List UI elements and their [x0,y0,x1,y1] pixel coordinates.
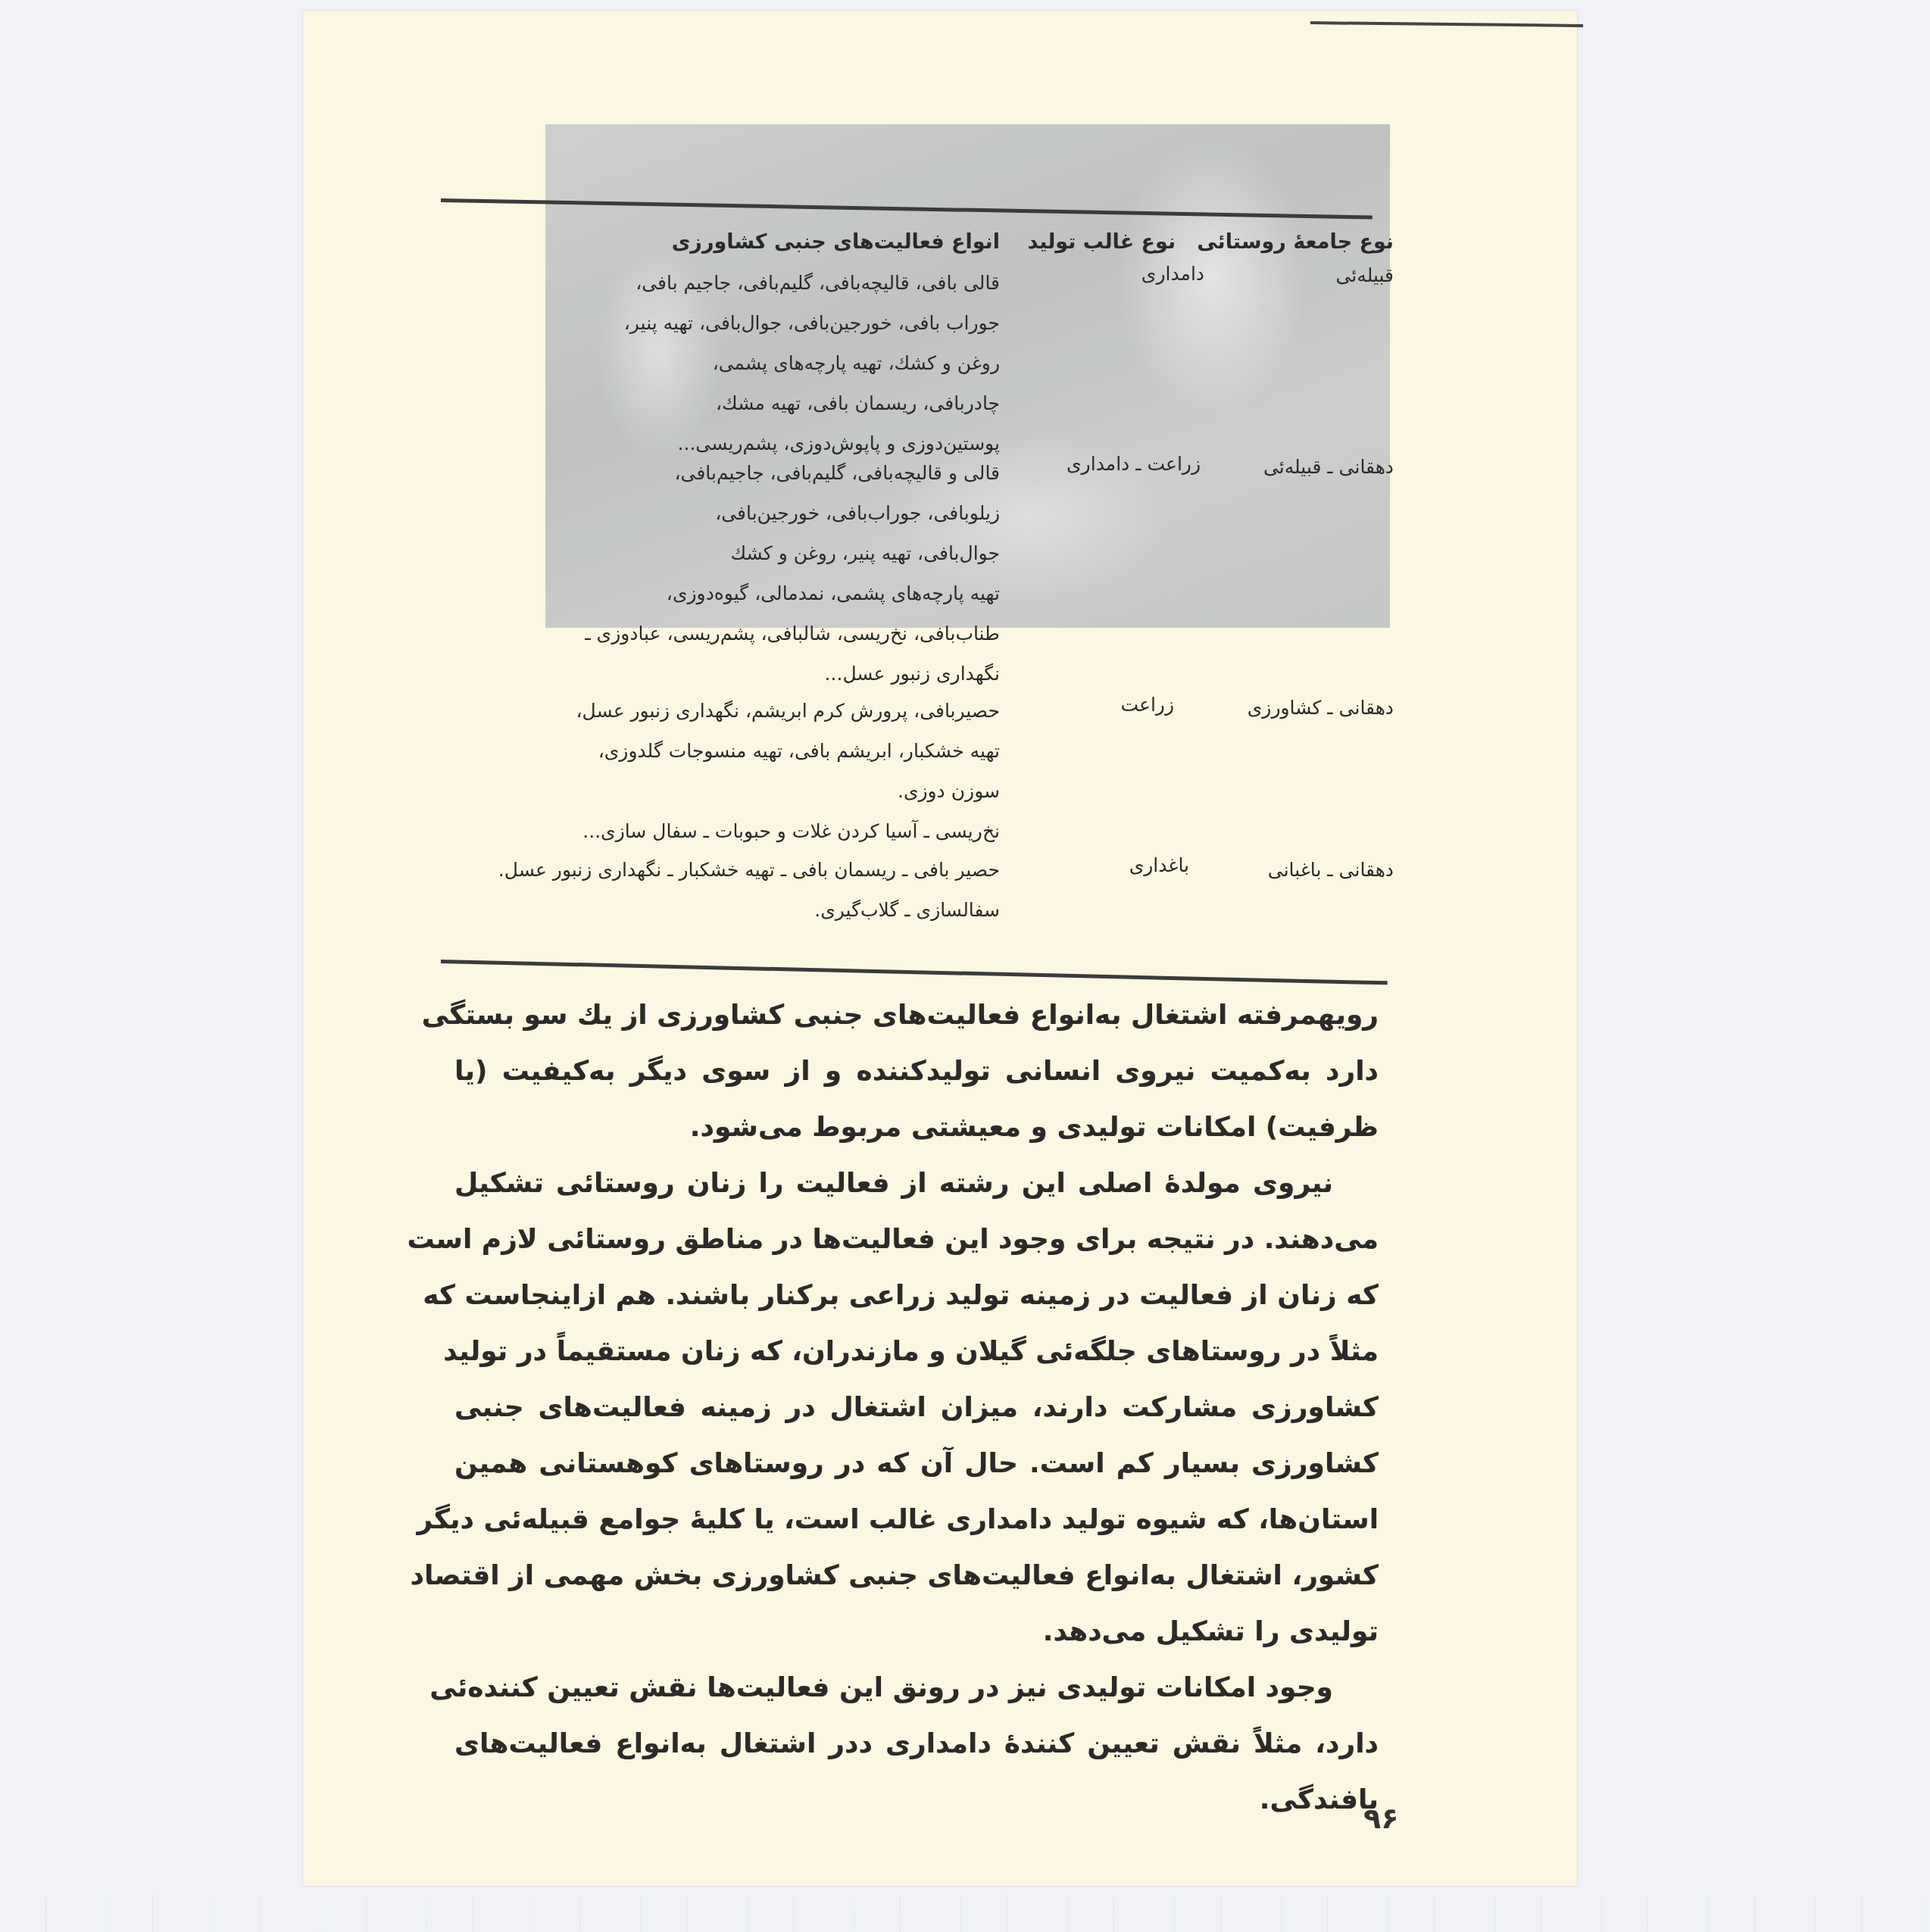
body-text: رویهمرفته اشتغال به‌انواع فعالیت‌های جنب… [454,988,1379,1828]
text-line: نیروی مولدهٔ اصلی این رشته از فعالیت را … [454,1156,1379,1212]
table-bottom-rule [441,960,1388,985]
activity-line: قالی بافی، قالیچه‌بافی، گلیم‌بافی، جاجیم… [409,263,1000,303]
text-line: رویهمرفته اشتغال به‌انواع فعالیت‌های جنب… [454,988,1379,1044]
text-line: کشور، اشتغال به‌انواع فعالیت‌های جنبی کش… [454,1548,1379,1604]
community-type-cell: دهقانی ـ قبیله‌ئی [1263,456,1394,478]
activity-line: جوراب بافی، خورجین‌بافی، جوال‌بافی، تهیه… [409,303,1000,343]
text-line: کشاورزی مشارکت دارند، میزان اشتغال در زم… [454,1380,1379,1436]
activity-line: روغن و کشك، تهیه پارچه‌های پشمی، [409,343,1000,383]
text-line: تولیدی را تشکیل می‌دهد. [454,1604,1379,1660]
activity-line: حصیربافی، پرورش کرم ابریشم، نگهداری زنبو… [409,691,1000,731]
activities-cell: حصیربافی، پرورش کرم ابریشم، نگهداری زنبو… [409,691,1000,851]
header-community-type: نوع جامعهٔ روستائی [1197,230,1394,254]
text-line: که زنان از فعالیت در زمینه تولید زراعی ب… [454,1268,1379,1324]
text-line: می‌دهند. در نتیجه برای وجود این فعالیت‌ه… [454,1212,1379,1268]
book-page: نوع جامعهٔ روستائی نوع غالب تولید انواع … [303,11,1577,1886]
production-type-cell: باغداری [1129,854,1189,876]
text-line: دارد، مثلاً نقش تعیین کنندهٔ دامداری ددر… [454,1716,1379,1772]
activities-cell: قالی و قالیچه‌بافی، گلیم‌بافی، جاجیم‌باف… [409,453,1000,694]
production-type-cell: زراعت [1120,694,1174,716]
table-row: دهقانی ـ قبیله‌ئی زراعت ـ دامداری قالی و… [409,453,1394,695]
text-line: کشاورزی بسیار کم است. حال آن که در روستا… [454,1436,1379,1492]
activities-cell: قالی بافی، قالیچه‌بافی، گلیم‌بافی، جاجیم… [409,263,1000,463]
activity-line: زیلوبافی، جوراب‌بافی، خورجین‌بافی، [409,493,1000,533]
text-line: استان‌ها، که شیوه تولید دامداری غالب است… [454,1492,1379,1548]
paragraph: نیروی مولدهٔ اصلی این رشته از فعالیت را … [454,1156,1379,1660]
table-row: قبیله‌ئی دامداری قالی بافی، قالیچه‌بافی،… [409,263,1394,463]
activity-line: جوال‌بافی، تهیه پنیر، روغن و کشك [409,533,1000,573]
activity-line: تهیه خشکبار، ابریشم بافی، تهیه منسوجات گ… [409,731,1000,771]
header-side-activities: انواع فعالیت‌های جنبی کشاورزی [672,230,1000,254]
production-type-cell: زراعت ـ دامداری [1066,453,1201,475]
text-line: مثلاً در روستاهای جلگه‌ئی گیلان و مازندر… [454,1324,1379,1380]
table-row: دهقانی ـ باغبانی باغداری حصیر بافی ـ ریس… [409,850,1394,933]
page-number: ۹۶ [1363,1802,1398,1835]
activity-line: سفالسازی ـ گلاب‌گیری. [409,890,1000,930]
paragraph: وجود امکانات تولیدی نیز در رونق این فعال… [454,1660,1379,1828]
activity-line: چادربافی، ریسمان بافی، تهیه مشك، [409,383,1000,423]
activity-line: تهیه پارچه‌های پشمی، نمدمالی، گیوه‌دوزی، [409,573,1000,613]
activities-cell: حصیر بافی ـ ریسمان بافی ـ تهیه خشکبار ـ … [409,850,1000,930]
community-type-cell: قبیله‌ئی [1335,264,1394,286]
scanner-background [0,1893,1930,1932]
text-line: دارد به‌کمیت نیروی انسانی تولیدکننده و ا… [454,1044,1379,1100]
community-type-cell: دهقانی ـ باغبانی [1268,859,1394,881]
production-type-cell: دامداری [1141,263,1204,285]
page-edge-mark [1310,21,1583,27]
text-line: بافندگی. [454,1772,1379,1828]
table-row: دهقانی ـ کشاورزی زراعت حصیربافی، پرورش ک… [409,691,1394,850]
text-line: ظرفیت) امکانات تولیدی و معیشتی مربوط می‌… [454,1100,1379,1156]
header-production-type: نوع غالب تولید [1028,230,1176,254]
activity-line: حصیر بافی ـ ریسمان بافی ـ تهیه خشکبار ـ … [409,850,1000,890]
text-line: وجود امکانات تولیدی نیز در رونق این فعال… [454,1660,1379,1716]
activity-line: سوزن دوزی. [409,771,1000,811]
activity-line: نگهداری زنبور عسل... [409,654,1000,694]
community-type-cell: دهقانی ـ کشاورزی [1248,697,1394,719]
header-community-production: نوع جامعهٔ روستائی نوع غالب تولید [1028,230,1394,254]
activity-line: نخ‌ریسی ـ آسیا کردن غلات و حبوبات ـ سفال… [409,811,1000,851]
paragraph: رویهمرفته اشتغال به‌انواع فعالیت‌های جنب… [454,988,1379,1156]
activity-line: قالی و قالیچه‌بافی، گلیم‌بافی، جاجیم‌باف… [409,453,1000,493]
activity-line: طناب‌بافی، نخ‌ریسی، شالبافی، پشم‌ریسی، ع… [409,613,1000,654]
activities-table: نوع جامعهٔ روستائی نوع غالب تولید انواع … [409,230,1394,933]
